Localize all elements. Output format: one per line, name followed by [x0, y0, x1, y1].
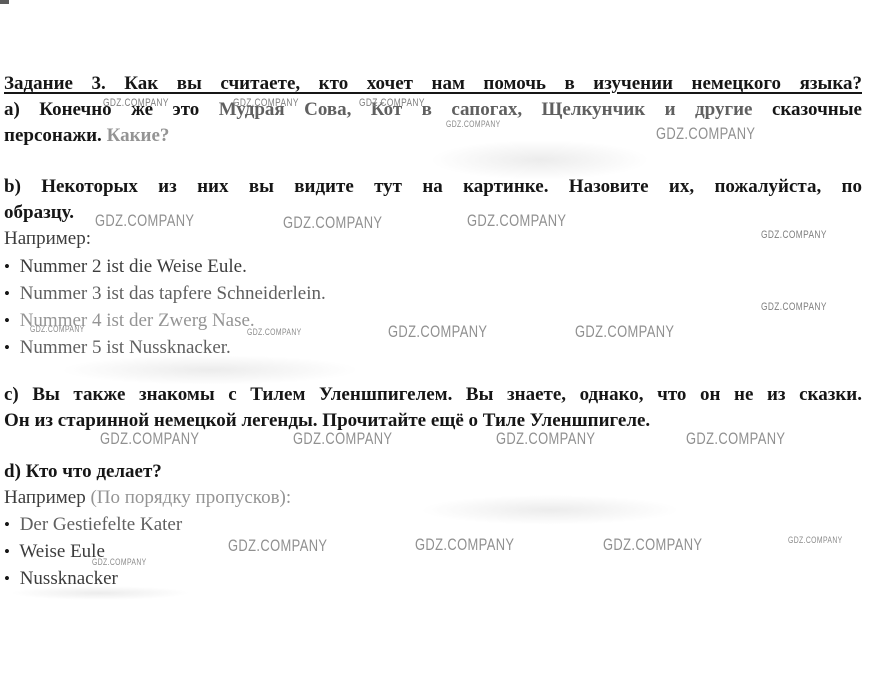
watermark: GDZ.COMPANY	[103, 97, 169, 109]
section-a-text-faded: Мудрая Сова, Кот в сапогах, Щелкунчик и …	[219, 99, 772, 120]
list-item: • Der Gestiefelte Kater	[4, 511, 862, 538]
section-a-text: персонажи.	[4, 125, 107, 146]
list-item-text: Nummer 2 ist die Weise Eule.	[20, 256, 247, 277]
watermark: GDZ.COMPANY	[95, 211, 194, 231]
scanned-document-page: Задание 3. Как вы считаете, кто хочет на…	[0, 0, 874, 679]
section-b-line-1: b) Некоторых из них вы видите тут на кар…	[4, 175, 862, 199]
section-d-example-text: Например	[4, 487, 90, 508]
list-item-text: Nussknacker	[20, 568, 118, 589]
section-c-line-1: c) Вы также знакомы с Тилем Уленшпигелем…	[4, 383, 862, 407]
watermark: GDZ.COMPANY	[228, 536, 327, 556]
watermark: GDZ.COMPANY	[247, 327, 302, 337]
watermark: GDZ.COMPANY	[603, 535, 702, 555]
list-item: • Nummer 3 ist das tapfere Schneiderlein…	[4, 280, 862, 307]
list-item-text: Der Gestiefelte Kater	[20, 514, 182, 535]
scan-corner-mark	[0, 0, 9, 4]
bullet-icon: •	[4, 311, 10, 330]
list-item: • Nussknacker	[4, 565, 862, 592]
list-item: • Nummer 2 ist die Weise Eule.	[4, 253, 862, 280]
list-item-text: Nummer 3 ist das tapfere Schneiderlein.	[20, 283, 326, 304]
section-d-heading: d) Кто что делает?	[4, 460, 862, 484]
bullet-icon: •	[4, 569, 10, 588]
watermark: GDZ.COMPANY	[686, 429, 785, 449]
watermark: GDZ.COMPANY	[788, 535, 843, 545]
watermark: GDZ.COMPANY	[388, 322, 487, 342]
section-d-example-text-faded: (По порядку пропусков):	[90, 487, 291, 508]
watermark: GDZ.COMPANY	[761, 229, 827, 241]
page-title: Задание 3. Как вы считаете, кто хочет на…	[4, 72, 862, 96]
watermark: GDZ.COMPANY	[446, 119, 501, 129]
watermark: GDZ.COMPANY	[359, 97, 425, 109]
watermark: GDZ.COMPANY	[467, 211, 566, 231]
watermark: GDZ.COMPANY	[92, 557, 147, 567]
section-b-bullet-list: • Nummer 2 ist die Weise Eule. • Nummer …	[4, 253, 862, 361]
bullet-icon: •	[4, 257, 10, 276]
bullet-icon: •	[4, 338, 10, 357]
section-a-text: сказочные	[772, 99, 862, 120]
watermark: GDZ.COMPANY	[30, 324, 85, 334]
bullet-icon: •	[4, 515, 10, 534]
watermark: GDZ.COMPANY	[293, 429, 392, 449]
watermark: GDZ.COMPANY	[656, 124, 755, 144]
watermark: GDZ.COMPANY	[575, 322, 674, 342]
watermark: GDZ.COMPANY	[415, 535, 514, 555]
bullet-icon: •	[4, 542, 10, 561]
list-item-text: Nummer 5 ist Nussknacker.	[20, 337, 231, 358]
section-d-example-label: Например (По порядку пропусков):	[4, 486, 862, 510]
bullet-icon: •	[4, 284, 10, 303]
watermark: GDZ.COMPANY	[233, 97, 299, 109]
watermark: GDZ.COMPANY	[100, 429, 199, 449]
watermark: GDZ.COMPANY	[283, 213, 382, 233]
section-a-text-faded: Какие?	[107, 125, 170, 146]
watermark: GDZ.COMPANY	[496, 429, 595, 449]
watermark: GDZ.COMPANY	[761, 301, 827, 313]
